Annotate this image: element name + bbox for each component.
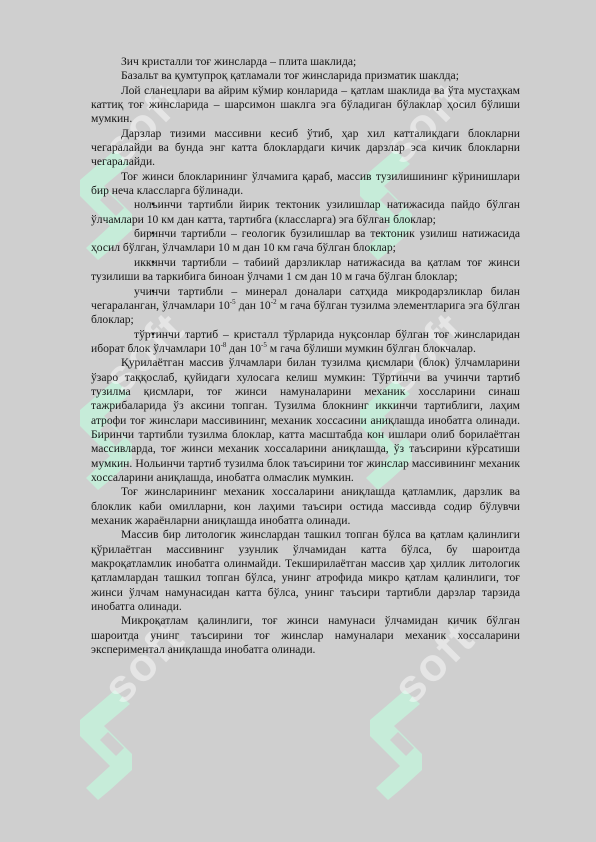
bullet-paragraph: •учинчи тартибли – минерал доналари сатҳ… [91, 285, 520, 328]
paragraph-text: Дарзлар тизими массивни кесиб ўтиб, ҳар … [91, 127, 520, 169]
paragraph-text: Қурилаётган массив ўлчамлари билан тузил… [91, 356, 520, 484]
paragraph-text: биринчи тартибли – геологик бузилишлар в… [91, 227, 520, 254]
paragraph-text: Тоғ жинси блокларининг ўлчамига қараб, м… [91, 170, 520, 197]
bullet-paragraph: •тўртинчи тартиб – кристалл тўрларида ну… [91, 328, 520, 357]
bullet-paragraph: •иккинчи тартибли – табиий дарзликлар на… [91, 256, 520, 285]
paragraph: Дарзлар тизими массивни кесиб ўтиб, ҳар … [91, 127, 520, 170]
arxiv-uz-logo-icon [370, 690, 440, 805]
bullet-paragraph: •биринчи тартибли – геологик бузилишлар … [91, 227, 520, 256]
document-page: Зич кристалли тоғ жинсларда – плита шакл… [91, 55, 520, 657]
paragraph-text: Базальт ва қумтупроқ қатламали тоғ жинсл… [121, 69, 459, 82]
bullet-icon: • [121, 227, 134, 241]
paragraph-text: иккинчи тартибли – табиий дарзликлар нат… [91, 256, 520, 283]
paragraph: Қурилаётган массив ўлчамлари билан тузил… [91, 356, 520, 485]
exponent: -8 [221, 341, 227, 349]
paragraph: Зич кристалли тоғ жинсларда – плита шакл… [91, 55, 520, 69]
exponent: -5 [261, 341, 267, 349]
paragraph-text: Массив бир литологик жинслардан ташкил т… [91, 528, 520, 613]
paragraph-text: Тоғ жинсларининг механик хоссаларини ани… [91, 485, 520, 527]
bullet-icon: • [121, 256, 134, 270]
paragraph: Тоғ жинсларининг механик хоссаларини ани… [91, 485, 520, 528]
exponent: -5 [230, 298, 236, 306]
exponent: -2 [271, 298, 277, 306]
paragraph: Базальт ва қумтупроқ қатламали тоғ жинсл… [91, 69, 520, 83]
bullet-icon: • [121, 328, 134, 342]
bullet-icon: • [121, 198, 134, 212]
paragraph-text: нолъинчи тартибли йирик тектоник узилишл… [91, 198, 520, 225]
paragraph: Массив бир литологик жинслардан ташкил т… [91, 528, 520, 614]
paragraph: Лой сланецлари ва айрим кўмир конларида … [91, 84, 520, 127]
paragraph-text: Лой сланецлари ва айрим кўмир конларида … [91, 84, 520, 126]
bullet-icon: • [121, 285, 134, 299]
paragraph: Тоғ жинси блокларининг ўлчамига қараб, м… [91, 170, 520, 199]
arxiv-uz-logo-icon [80, 690, 150, 805]
paragraph-text: Зич кристалли тоғ жинсларда – плита шакл… [121, 55, 356, 68]
paragraph-text: Микроқатлам қалинлиги, тоғ жинси намунас… [91, 614, 520, 656]
paragraph: Микроқатлам қалинлиги, тоғ жинси намунас… [91, 614, 520, 657]
bullet-paragraph: •нолъинчи тартибли йирик тектоник узилиш… [91, 198, 520, 227]
